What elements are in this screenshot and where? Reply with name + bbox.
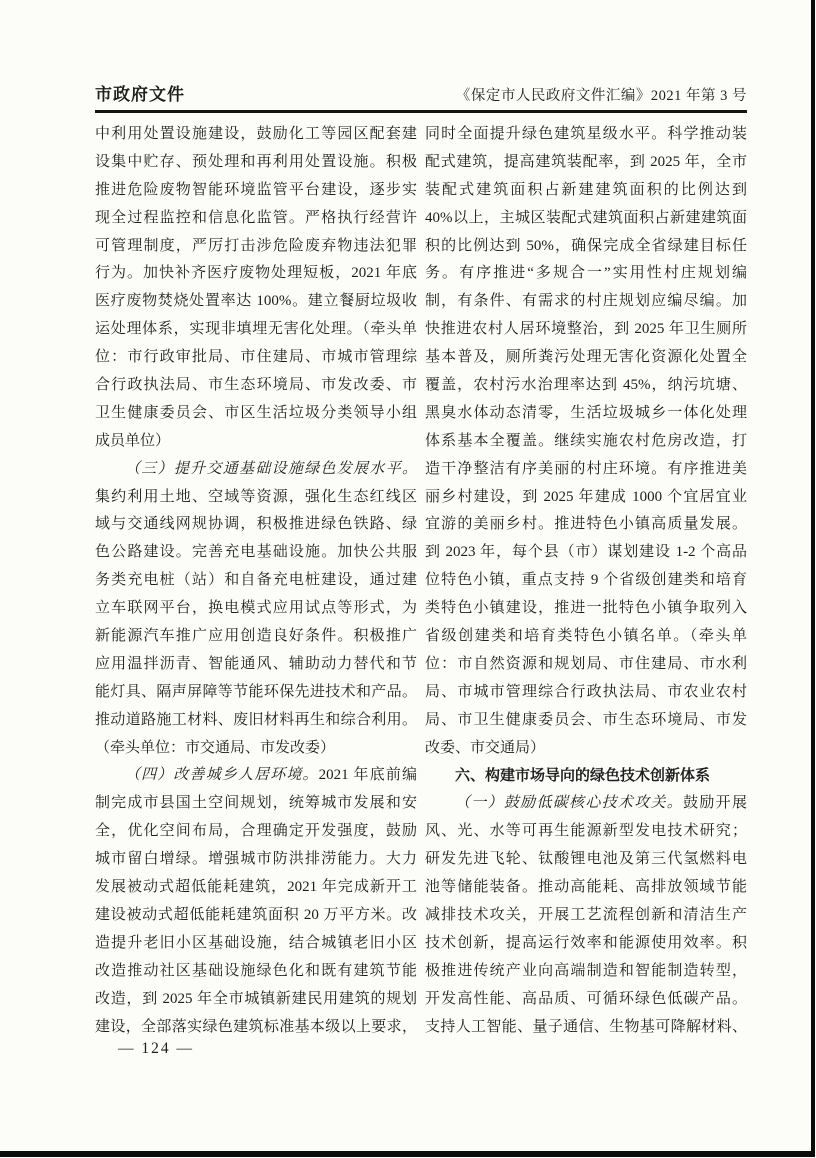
text-run: 风、光、水等可再生能源新型发电技术研究；: [425, 823, 747, 839]
text-line: 快推进农村人居环境整治，到 2025 年卫生厕所: [425, 316, 747, 344]
text-run: 开发高性能、高品质、可循环绿色低碳产品。: [425, 991, 747, 1007]
text-line: 到 2023 年，每个县（市）谋划建设 1-2 个高品: [425, 539, 747, 567]
text-run: （牵头单位：市交通局、市发改委）: [95, 740, 335, 756]
text-line: 支持人工智能、量子通信、生物基可降解材料、: [425, 1014, 747, 1042]
text-run: 现全过程监控和信息化监管。严格执行经营许: [95, 210, 417, 226]
text-line: 推动道路施工材料、废旧材料再生和综合利用。: [95, 707, 417, 735]
text-run: 可管理制度，严厉打击涉危险废弃物违法犯罪: [95, 238, 417, 254]
text-run: 池等储能装备。推动高能耗、高排放领域节能: [425, 879, 747, 895]
text-run: 位：市自然资源和规划局、市住建局、市水利: [425, 656, 747, 672]
text-line: （一）鼓励低碳核心技术攻关。鼓励开展: [425, 790, 747, 818]
text-run: 同时全面提升绿色建筑星级水平。科学推动装: [425, 126, 747, 142]
text-run: 类特色小镇建设，推进一批特色小镇争取列入: [425, 600, 747, 616]
text-run: 立车联网平台，换电模式应用试点等形式，为: [95, 600, 417, 616]
compilation-issue-label: 《保定市人民政府文件汇编》2021 年第 3 号: [456, 84, 747, 105]
text-line: 改委、市交通局）: [425, 735, 747, 763]
text-run: 基本普及，厕所粪污处理无害化资源化处置全: [425, 349, 747, 365]
text-line: 域与交通线网规协调，积极推进绿色铁路、绿: [95, 511, 417, 539]
text-run: 减排技术攻关，开展工艺流程创新和清洁生产: [425, 907, 747, 923]
text-line: 中利用处置设施建设，鼓励化工等园区配套建: [95, 121, 417, 149]
text-line: 改造推动社区基础设施绿色化和既有建筑节能: [95, 958, 417, 986]
two-column-body: 中利用处置设施建设，鼓励化工等园区配套建设集中贮存、预处理和再利用处置设施。积极…: [95, 121, 747, 1041]
text-run: 黑臭水体动态清零，生活垃圾城乡一体化处理: [425, 405, 747, 421]
text-line: 务。有序推进“多规合一”实用性村庄规划编: [425, 260, 747, 288]
text-line: 局、市城市管理综合行政执法局、市农业农村: [425, 679, 747, 707]
document-page: 市政府文件 《保定市人民政府文件汇编》2021 年第 3 号 中利用处置设施建设…: [0, 0, 816, 1158]
text-run: 技术创新，提高运行效率和能源使用效率。积: [425, 935, 747, 951]
text-line: 位特色小镇，重点支持 9 个省级创建类和培育: [425, 567, 747, 595]
text-run: 运处理体系，实现非填埋无害化处理。（牵头单: [95, 321, 417, 337]
text-run: 卫生健康委员会、市区生活垃圾分类领导小组: [95, 405, 417, 421]
text-run: 发展被动式超低能耗建筑，2021 年完成新开工: [95, 879, 417, 895]
text-line: 卫生健康委员会、市区生活垃圾分类领导小组: [95, 400, 417, 428]
text-line: 技术创新，提高运行效率和能源使用效率。积: [425, 930, 747, 958]
text-run: 鼓励开展: [683, 795, 747, 811]
document-category-label: 市政府文件: [95, 80, 185, 105]
text-run: 改委、市交通局）: [425, 740, 545, 756]
text-run: 域与交通线网规协调，积极推进绿色铁路、绿: [95, 516, 417, 532]
text-run: 推进危险废物智能环境监管平台建设，逐步实: [95, 182, 417, 198]
text-run: 积的比例达到 50%，确保完成全省绿建目标任: [425, 238, 747, 254]
text-line: （三）提升交通基础设施绿色发展水平。: [95, 456, 417, 484]
text-line: 局、市卫生健康委员会、市生态环境局、市发: [425, 707, 747, 735]
text-line: 立车联网平台，换电模式应用试点等形式，为: [95, 595, 417, 623]
text-run: 2021 年底前编: [319, 767, 417, 783]
text-run: 色公路建设。完善充电基础设施。加快公共服: [95, 544, 417, 560]
text-line: 六、构建市场导向的绿色技术创新体系: [425, 762, 747, 790]
text-line: 丽乡村建设，到 2025 年建成 1000 个宜居宜业: [425, 484, 747, 512]
scan-edge-bottom: [0, 1151, 815, 1157]
text-line: 务类充电桩（站）和自备充电桩建设，通过建: [95, 567, 417, 595]
text-run: 配式建筑，提高建筑装配率，到 2025 年，全市: [425, 154, 747, 170]
text-line: 行为。加快补齐医疗废物处理短板，2021 年底: [95, 260, 417, 288]
text-run: 务。有序推进“多规合一”实用性村庄规划编: [425, 265, 747, 281]
text-line: 城市留白增绿。增强城市防洪排涝能力。大力: [95, 846, 417, 874]
text-line: 建设被动式超低能耗建筑面积 20 万平方米。改: [95, 902, 417, 930]
text-line: 造提升老旧小区基础设施，结合城镇老旧小区: [95, 930, 417, 958]
text-run: 应用温拌沥青、智能通风、辅助动力替代和节: [95, 656, 417, 672]
text-run: 制，有条件、有需求的村庄规划应编尽编。加: [425, 293, 747, 309]
text-run: 研发先进飞轮、钛酸锂电池及第三代氢燃料电: [425, 851, 747, 867]
text-run: 改造，到 2025 年全市城镇新建民用建筑的规划: [95, 991, 417, 1007]
text-run: 行为。加快补齐医疗废物处理短板，2021 年底: [95, 265, 417, 281]
text-line: 体系基本全覆盖。继续实施农村危房改造，打: [425, 428, 747, 456]
text-run: 丽乡村建设，到 2025 年建成 1000 个宜居宜业: [425, 489, 747, 505]
text-line: 制完成市县国土空间规划，统筹城市发展和安: [95, 790, 417, 818]
text-line: 新能源汽车推广应用创造良好条件。积极推广: [95, 623, 417, 651]
text-line: 宜游的美丽乡村。推进特色小镇高质量发展。: [425, 511, 747, 539]
text-run: 造提升老旧小区基础设施，结合城镇老旧小区: [95, 935, 417, 951]
text-line: 改造，到 2025 年全市城镇新建民用建筑的规划: [95, 986, 417, 1014]
text-run: 城市留白增绿。增强城市防洪排涝能力。大力: [95, 851, 417, 867]
text-line: 造干净整洁有序美丽的村庄环境。有序推进美: [425, 456, 747, 484]
text-line: 减排技术攻关，开展工艺流程创新和清洁生产: [425, 902, 747, 930]
text-run: （四）改善城乡人居环境。: [125, 767, 319, 783]
text-line: 装配式建筑面积占新建建筑面积的比例达到: [425, 177, 747, 205]
text-run: 覆盖，农村污水治理率达到 45%，纳污坑塘、: [425, 377, 747, 393]
text-run: 位特色小镇，重点支持 9 个省级创建类和培育: [425, 572, 747, 588]
text-run: 六、构建市场导向的绿色技术创新体系: [455, 767, 710, 784]
text-run: （三）提升交通基础设施绿色发展水平。: [125, 461, 417, 477]
text-line: 能灯具、隔声屏障等节能环保先进技术和产品。: [95, 679, 417, 707]
text-run: 医疗废物焚烧处置率达 100%。建立餐厨垃圾收: [95, 293, 417, 309]
text-line: 运处理体系，实现非填埋无害化处理。（牵头单: [95, 316, 417, 344]
text-line: （牵头单位：市交通局、市发改委）: [95, 735, 417, 763]
text-line: 现全过程监控和信息化监管。严格执行经营许: [95, 205, 417, 233]
text-run: 局、市城市管理综合行政执法局、市农业农村: [425, 684, 747, 700]
text-line: 积的比例达到 50%，确保完成全省绿建目标任: [425, 233, 747, 261]
text-run: 装配式建筑面积占新建建筑面积的比例达到: [425, 182, 747, 198]
text-line: 可管理制度，严厉打击涉危险废弃物违法犯罪: [95, 233, 417, 261]
text-line: 成员单位）: [95, 428, 417, 456]
text-run: 极推进传统产业向高端制造和智能制造转型，: [425, 963, 747, 979]
text-run: 局、市卫生健康委员会、市生态环境局、市发: [425, 712, 747, 728]
text-run: 改造推动社区基础设施绿色化和既有建筑节能: [95, 963, 417, 979]
text-line: 集约利用土地、空域等资源，强化生态红线区: [95, 484, 417, 512]
text-run: 成员单位）: [95, 433, 170, 449]
text-run: 宜游的美丽乡村。推进特色小镇高质量发展。: [425, 516, 747, 532]
text-line: 覆盖，农村污水治理率达到 45%，纳污坑塘、: [425, 372, 747, 400]
scan-edge-right: [811, 0, 815, 1153]
text-line: 类特色小镇建设，推进一批特色小镇争取列入: [425, 595, 747, 623]
text-run: 全，优化空间布局，合理确定开发强度，鼓励: [95, 823, 417, 839]
running-head: 市政府文件 《保定市人民政府文件汇编》2021 年第 3 号: [95, 80, 747, 105]
text-line: 发展被动式超低能耗建筑，2021 年完成新开工: [95, 874, 417, 902]
text-run: 设集中贮存、预处理和再利用处置设施。积极: [95, 154, 417, 170]
text-line: 极推进传统产业向高端制造和智能制造转型，: [425, 958, 747, 986]
text-run: 省级创建类和培育类特色小镇名单。（牵头单: [425, 628, 747, 644]
text-run: （一）鼓励低碳核心技术攻关。: [455, 795, 683, 811]
text-run: 新能源汽车推广应用创造良好条件。积极推广: [95, 628, 417, 644]
text-run: 建设被动式超低能耗建筑面积 20 万平方米。改: [95, 907, 417, 923]
page-number: — 124 —: [118, 1040, 194, 1058]
text-line: 位：市自然资源和规划局、市住建局、市水利: [425, 651, 747, 679]
text-run: 务类充电桩（站）和自备充电桩建设，通过建: [95, 572, 417, 588]
text-line: 合行政执法局、市生态环境局、市发改委、市: [95, 372, 417, 400]
text-run: 中利用处置设施建设，鼓励化工等园区配套建: [95, 126, 417, 142]
text-line: 全，优化空间布局，合理确定开发强度，鼓励: [95, 818, 417, 846]
text-line: 设集中贮存、预处理和再利用处置设施。积极: [95, 149, 417, 177]
text-run: 体系基本全覆盖。继续实施农村危房改造，打: [425, 433, 747, 449]
text-line: 风、光、水等可再生能源新型发电技术研究；: [425, 818, 747, 846]
text-run: 40%以上，主城区装配式建筑面积占新建建筑面: [425, 210, 747, 226]
text-line: 医疗废物焚烧处置率达 100%。建立餐厨垃圾收: [95, 288, 417, 316]
text-run: 集约利用土地、空域等资源，强化生态红线区: [95, 489, 417, 505]
text-run: 位：市行政审批局、市住建局、市城市管理综: [95, 349, 417, 365]
text-line: 池等储能装备。推动高能耗、高排放领域节能: [425, 874, 747, 902]
text-line: （四）改善城乡人居环境。2021 年底前编: [95, 762, 417, 790]
text-line: 基本普及，厕所粪污处理无害化资源化处置全: [425, 344, 747, 372]
text-line: 省级创建类和培育类特色小镇名单。（牵头单: [425, 623, 747, 651]
text-run: 建设，全部落实绿色建筑标准基本级以上要求，: [95, 1019, 417, 1035]
text-line: 研发先进飞轮、钛酸锂电池及第三代氢燃料电: [425, 846, 747, 874]
text-line: 应用温拌沥青、智能通风、辅助动力替代和节: [95, 651, 417, 679]
text-line: 位：市行政审批局、市住建局、市城市管理综: [95, 344, 417, 372]
text-run: 制完成市县国土空间规划，统筹城市发展和安: [95, 795, 417, 811]
text-line: 黑臭水体动态清零，生活垃圾城乡一体化处理: [425, 400, 747, 428]
text-line: 配式建筑，提高建筑装配率，到 2025 年，全市: [425, 149, 747, 177]
text-run: 能灯具、隔声屏障等节能环保先进技术和产品。: [95, 684, 417, 700]
text-line: 同时全面提升绿色建筑星级水平。科学推动装: [425, 121, 747, 149]
text-line: 建设，全部落实绿色建筑标准基本级以上要求，: [95, 1014, 417, 1042]
text-run: 造干净整洁有序美丽的村庄环境。有序推进美: [425, 461, 747, 477]
left-column: 中利用处置设施建设，鼓励化工等园区配套建设集中贮存、预处理和再利用处置设施。积极…: [95, 121, 417, 1041]
text-run: 到 2023 年，每个县（市）谋划建设 1-2 个高品: [425, 544, 747, 560]
text-line: 开发高性能、高品质、可循环绿色低碳产品。: [425, 986, 747, 1014]
text-line: 推进危险废物智能环境监管平台建设，逐步实: [95, 177, 417, 205]
text-run: 合行政执法局、市生态环境局、市发改委、市: [95, 377, 417, 393]
right-column: 同时全面提升绿色建筑星级水平。科学推动装配式建筑，提高建筑装配率，到 2025 …: [425, 121, 747, 1041]
header-rule: [95, 110, 747, 113]
text-line: 制，有条件、有需求的村庄规划应编尽编。加: [425, 288, 747, 316]
text-run: 推动道路施工材料、废旧材料再生和综合利用。: [95, 712, 417, 728]
text-line: 色公路建设。完善充电基础设施。加快公共服: [95, 539, 417, 567]
text-line: 40%以上，主城区装配式建筑面积占新建建筑面: [425, 205, 747, 233]
text-run: 快推进农村人居环境整治，到 2025 年卫生厕所: [425, 321, 747, 337]
text-run: 支持人工智能、量子通信、生物基可降解材料、: [425, 1019, 747, 1035]
